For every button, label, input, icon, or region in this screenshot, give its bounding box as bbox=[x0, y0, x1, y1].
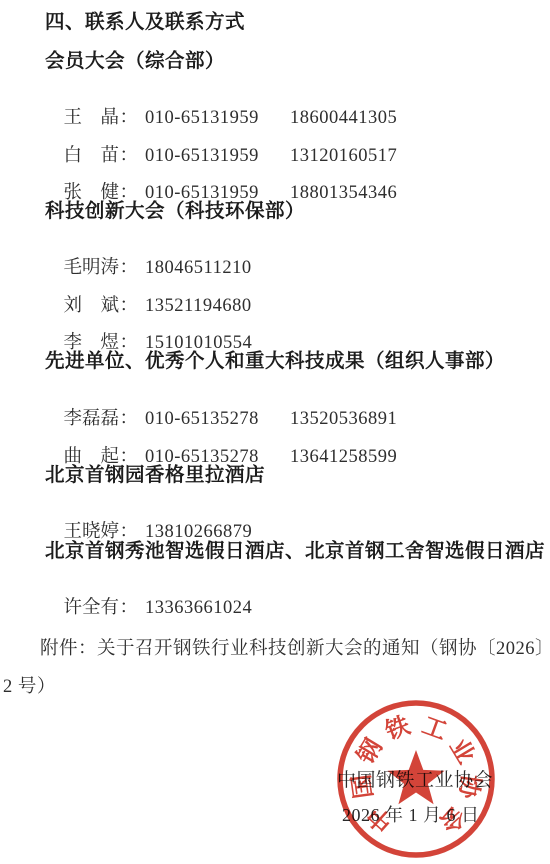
contact-name: 王晓婷 bbox=[64, 523, 120, 542]
group-title-shangri-la-hotel: 北京首钢园香格里拉酒店 bbox=[45, 466, 265, 486]
mobile-phone: 13363661024 bbox=[145, 599, 252, 618]
attachment-line-2: 2 号） bbox=[3, 678, 56, 697]
contact-name: 许全有 bbox=[64, 599, 120, 618]
office-phone: 010-65135278 bbox=[145, 410, 259, 429]
colon: ： bbox=[120, 410, 139, 429]
seal-char: 业 bbox=[444, 734, 480, 768]
colon: ： bbox=[120, 297, 139, 316]
seal-char: 工 bbox=[418, 712, 450, 746]
contact-name: 王 晶 bbox=[64, 109, 120, 128]
group-title-awards: 先进单位、优秀个人和重大科技成果（组织人事部） bbox=[45, 352, 505, 372]
contact-name: 毛明涛 bbox=[64, 259, 120, 278]
contact-line: 许全有：13363661024 bbox=[45, 580, 259, 636]
seal-char: 铁 bbox=[381, 711, 414, 746]
mobile-phone: 18046511210 bbox=[145, 259, 252, 278]
group-title-scitech: 科技创新大会（科技环保部） bbox=[45, 202, 305, 222]
mobile-phone: 18600441305 bbox=[290, 109, 397, 128]
contact-name: 白 苗 bbox=[64, 147, 120, 166]
mobile-phone: 13810266879 bbox=[145, 523, 252, 542]
signature-date: 2026 年 1 月 6 日 bbox=[342, 806, 480, 824]
colon: ： bbox=[120, 109, 139, 128]
office-phone: 010-65131959 bbox=[145, 109, 259, 128]
mobile-phone: 18801354346 bbox=[290, 184, 397, 203]
mobile-phone: 13641258599 bbox=[290, 448, 397, 467]
section-heading: 四、联系人及联系方式 bbox=[45, 13, 245, 33]
colon: ： bbox=[120, 523, 139, 542]
office-phone: 010-65131959 bbox=[145, 147, 259, 166]
attachment-line-1: 附件：关于召开钢铁行业科技创新大会的通知（钢协〔2026〕 bbox=[40, 640, 550, 659]
colon: ： bbox=[120, 599, 139, 618]
seal-char: 钢 bbox=[351, 734, 388, 770]
contact-name: 刘 斌 bbox=[64, 297, 120, 316]
colon: ： bbox=[120, 147, 139, 166]
colon: ： bbox=[120, 259, 139, 278]
mobile-phone: 13520536891 bbox=[290, 410, 397, 429]
mobile-phone: 13120160517 bbox=[290, 147, 397, 166]
document-page: 四、联系人及联系方式 会员大会（综合部） 王 晶：010-65131959186… bbox=[0, 0, 550, 864]
signature-org: 中国钢铁工业协会 bbox=[337, 771, 493, 790]
contact-name: 李磊磊 bbox=[64, 410, 120, 429]
mobile-phone: 13521194680 bbox=[145, 297, 252, 316]
group-title-holiday-inn-hotels: 北京首钢秀池智选假日酒店、北京首钢工舍智选假日酒店 bbox=[45, 542, 545, 562]
group-title-membership: 会员大会（综合部） bbox=[45, 52, 225, 72]
